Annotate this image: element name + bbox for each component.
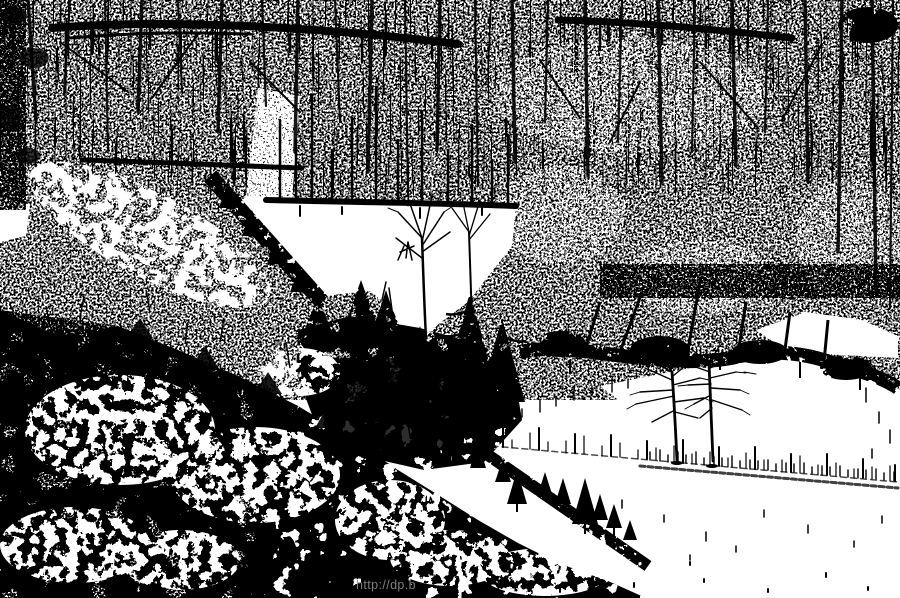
forest-scene: High-contrast black and white photograph… (0, 0, 900, 598)
watermark-text: http://dp.b (356, 578, 416, 592)
bw-forest-photo: High-contrast black and white photograph… (0, 0, 900, 598)
